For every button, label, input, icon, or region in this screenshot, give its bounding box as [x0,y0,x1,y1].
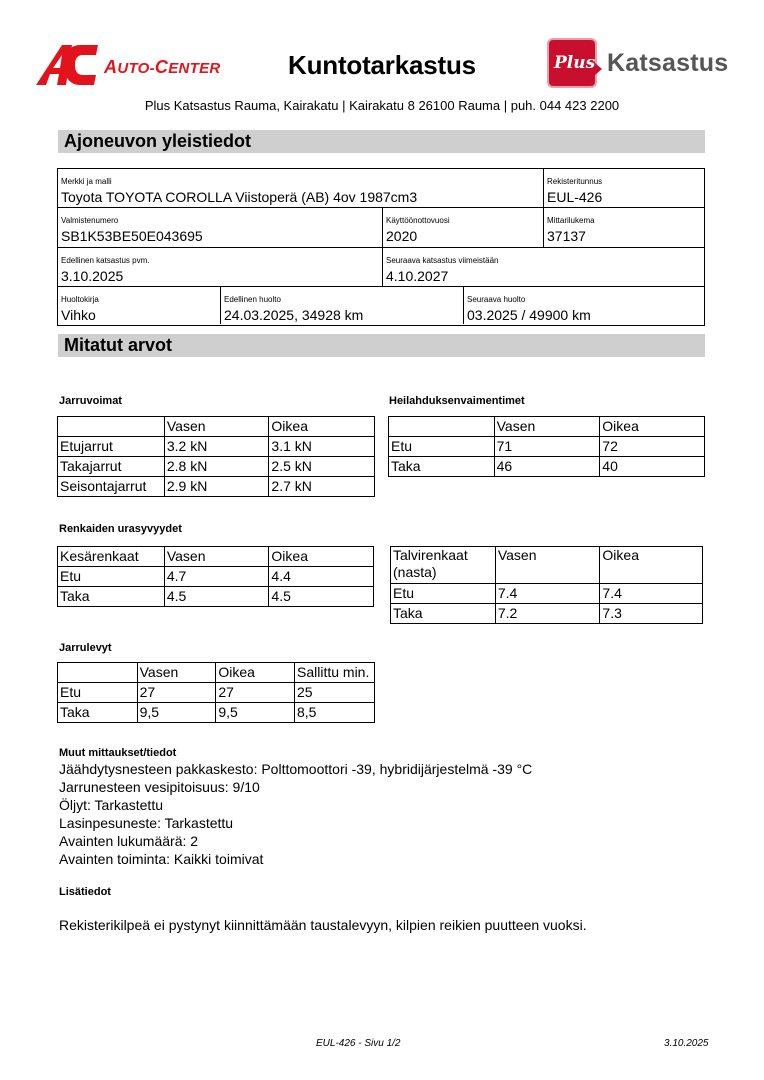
table-cell: 71 [494,437,600,457]
table-cell: 4.7 [164,567,269,587]
column-header [58,663,138,683]
vin-label: Valmistenumero [61,216,118,225]
plus-katsastus-logo: Plus Katsastus [547,38,732,90]
last-service-value: 24.03.2025, 34928 km [224,307,363,323]
footer-page-info: EUL-426 - Sivu 1/2 [316,1038,401,1049]
table-cell: 2.9 kN [164,477,269,497]
misc-line: Lasinpesuneste: Tarkastettu [59,814,532,832]
table-row: Etu7.47.4 [391,584,703,604]
odometer-cell: Mittarilukema 37137 [544,208,704,248]
tread-heading: Renkaiden urasyvyydet [59,523,182,535]
section-heading-vehicle: Ajoneuvon yleistiedot [58,130,705,153]
column-header: Vasen [495,547,600,584]
column-header: Oikea [216,663,295,683]
column-header: Vasen [137,663,216,683]
row-label: Etu [391,584,496,604]
next-inspection-cell: Seuraava katsastus viimeistään 4.10.2027 [383,248,704,287]
registration-value: EUL-426 [547,189,602,205]
next-inspection-value: 4.10.2027 [386,268,448,284]
table-header-row: VasenOikea [389,417,705,437]
company-address: Plus Katsastus Rauma, Kairakatu | Kairak… [0,98,764,113]
katsastus-wordmark: Katsastus [607,49,728,78]
make-model-value: Toyota TOYOTA COROLLA Viistoperä (AB) 4o… [61,189,417,205]
table-header-row: KesärenkaatVasenOikea [58,547,374,567]
vin-cell: Valmistenumero SB1K53BE50E043695 [58,208,383,248]
column-header: Oikea [600,417,705,437]
table-cell: 27 [137,683,216,703]
column-header: Talvirenkaat (nasta) [391,547,496,584]
notes-heading: Lisätiedot [59,886,111,898]
table-cell: 40 [600,457,705,477]
discs-heading: Jarrulevyt [59,642,112,654]
first-use-year-label: Käyttöönottovuosi [386,216,450,225]
column-header [58,417,165,437]
service-book-cell: Huoltokirja Vihko [58,287,221,324]
table-row: Etu7172 [389,437,705,457]
table-cell: 9,5 [216,703,295,723]
first-use-year-cell: Käyttöönottovuosi 2020 [383,208,544,248]
auto-center-logo: AUTO-CENTER [36,43,226,85]
column-header: Oikea [600,547,703,584]
column-header [389,417,495,437]
service-book-value: Vihko [61,307,96,323]
table-cell: 8,5 [295,703,375,723]
misc-line: Avainten toiminta: Kaikki toimivat [59,850,532,868]
table-cell: 46 [494,457,600,477]
table-cell: 7.4 [600,584,703,604]
table-cell: 4.5 [269,587,374,607]
misc-line: Avainten lukumäärä: 2 [59,832,532,850]
document-title: Kuntotarkastus [288,50,476,81]
table-cell: 7.4 [495,584,600,604]
last-service-label: Edellinen huolto [224,295,281,304]
row-label: Etu [389,437,495,457]
vin-value: SB1K53BE50E043695 [61,228,203,244]
service-book-label: Huoltokirja [61,295,99,304]
row-label: Etu [58,683,138,703]
last-inspection-value: 3.10.2025 [61,268,123,284]
misc-line: Öljyt: Tarkastettu [59,796,532,814]
table-cell: 2.8 kN [164,457,269,477]
odometer-value: 37137 [547,228,586,244]
section-heading-measured: Mitatut arvot [58,334,705,357]
brakes-table: VasenOikeaEtujarrut3.2 kN3.1 kNTakajarru… [57,416,375,497]
last-inspection-label: Edellinen katsastus pvm. [61,256,150,265]
make-model-cell: Merkki ja malli Toyota TOYOTA COROLLA Vi… [58,169,544,208]
table-header-row: VasenOikeaSallittu min. [58,663,375,683]
misc-line: Jarrunesteen vesipitoisuus: 9/10 [59,778,532,796]
next-inspection-label: Seuraava katsastus viimeistään [386,256,499,265]
table-cell: 2.7 kN [269,477,375,497]
row-label: Taka [391,604,496,624]
last-inspection-cell: Edellinen katsastus pvm. 3.10.2025 [58,248,383,287]
table-cell: 9,5 [137,703,216,723]
row-label: Takajarrut [58,457,165,477]
last-service-cell: Edellinen huolto 24.03.2025, 34928 km [221,287,464,324]
next-service-value: 03.2025 / 49900 km [467,307,591,323]
table-cell: 2.5 kN [269,457,375,477]
table-row: Takajarrut2.8 kN2.5 kN [58,457,375,477]
auto-center-wordmark: AUTO-CENTER [104,57,221,78]
summer-tires-table: KesärenkaatVasenOikeaEtu4.74.4Taka4.54.5 [57,546,374,607]
table-cell: 7.2 [495,604,600,624]
speech-tail-icon [595,63,602,75]
footer-date: 3.10.2025 [664,1038,709,1049]
next-service-label: Seuraava huolto [467,295,525,304]
odometer-label: Mittarilukema [547,216,595,225]
table-cell: 4.4 [269,567,374,587]
column-header: Oikea [269,417,375,437]
plus-badge-icon: Plus [547,38,597,88]
table-row: Taka9,59,58,5 [58,703,375,723]
brake-discs-table: VasenOikeaSallittu min.Etu272725Taka9,59… [57,662,375,723]
table-cell: 3.1 kN [269,437,375,457]
table-cell: 27 [216,683,295,703]
table-cell: 7.3 [600,604,703,624]
table-row: Etu272725 [58,683,375,703]
misc-line: Jäähdytysnesteen pakkaskesto: Polttomoot… [59,760,532,778]
row-label: Seisontajarrut [58,477,165,497]
column-header: Sallittu min. [295,663,375,683]
registration-cell: Rekisteritunnus EUL-426 [544,169,704,208]
misc-heading: Muut mittaukset/tiedot [59,747,176,759]
table-cell: 3.2 kN [164,437,269,457]
table-row: Seisontajarrut2.9 kN2.7 kN [58,477,375,497]
next-service-cell: Seuraava huolto 03.2025 / 49900 km [464,287,704,324]
column-header: Oikea [269,547,374,567]
vehicle-info-grid: Merkki ja malli Toyota TOYOTA COROLLA Vi… [57,168,705,326]
table-row: Etujarrut3.2 kN3.1 kN [58,437,375,457]
row-label: Taka [58,587,165,607]
table-header-row: VasenOikea [58,417,375,437]
table-row: Taka4.54.5 [58,587,374,607]
column-header: Kesärenkaat [58,547,165,567]
row-label: Taka [389,457,495,477]
column-header: Vasen [164,417,269,437]
shocks-table: VasenOikeaEtu7172Taka4640 [388,416,705,477]
row-label: Taka [58,703,138,723]
table-row: Taka4640 [389,457,705,477]
make-model-label: Merkki ja malli [61,177,112,186]
notes-text: Rekisterikilpeä ei pystynyt kiinnittämää… [59,917,587,933]
table-row: Etu4.74.4 [58,567,374,587]
column-header: Vasen [164,547,269,567]
table-cell: 72 [600,437,705,457]
registration-label: Rekisteritunnus [547,177,602,186]
row-label: Etujarrut [58,437,165,457]
first-use-year-value: 2020 [386,228,417,244]
table-header-row: Talvirenkaat (nasta)VasenOikea [391,547,703,584]
misc-list: Jäähdytysnesteen pakkaskesto: Polttomoot… [59,760,532,868]
table-row: Taka7.27.3 [391,604,703,624]
column-header: Vasen [494,417,600,437]
brakes-heading: Jarruvoimat [59,395,122,407]
shocks-heading: Heilahduksenvaimentimet [389,395,525,407]
table-cell: 4.5 [164,587,269,607]
row-label: Etu [58,567,165,587]
winter-tires-table: Talvirenkaat (nasta)VasenOikeaEtu7.47.4T… [390,546,703,624]
ac-logo-mark-icon [36,43,100,85]
table-cell: 25 [295,683,375,703]
